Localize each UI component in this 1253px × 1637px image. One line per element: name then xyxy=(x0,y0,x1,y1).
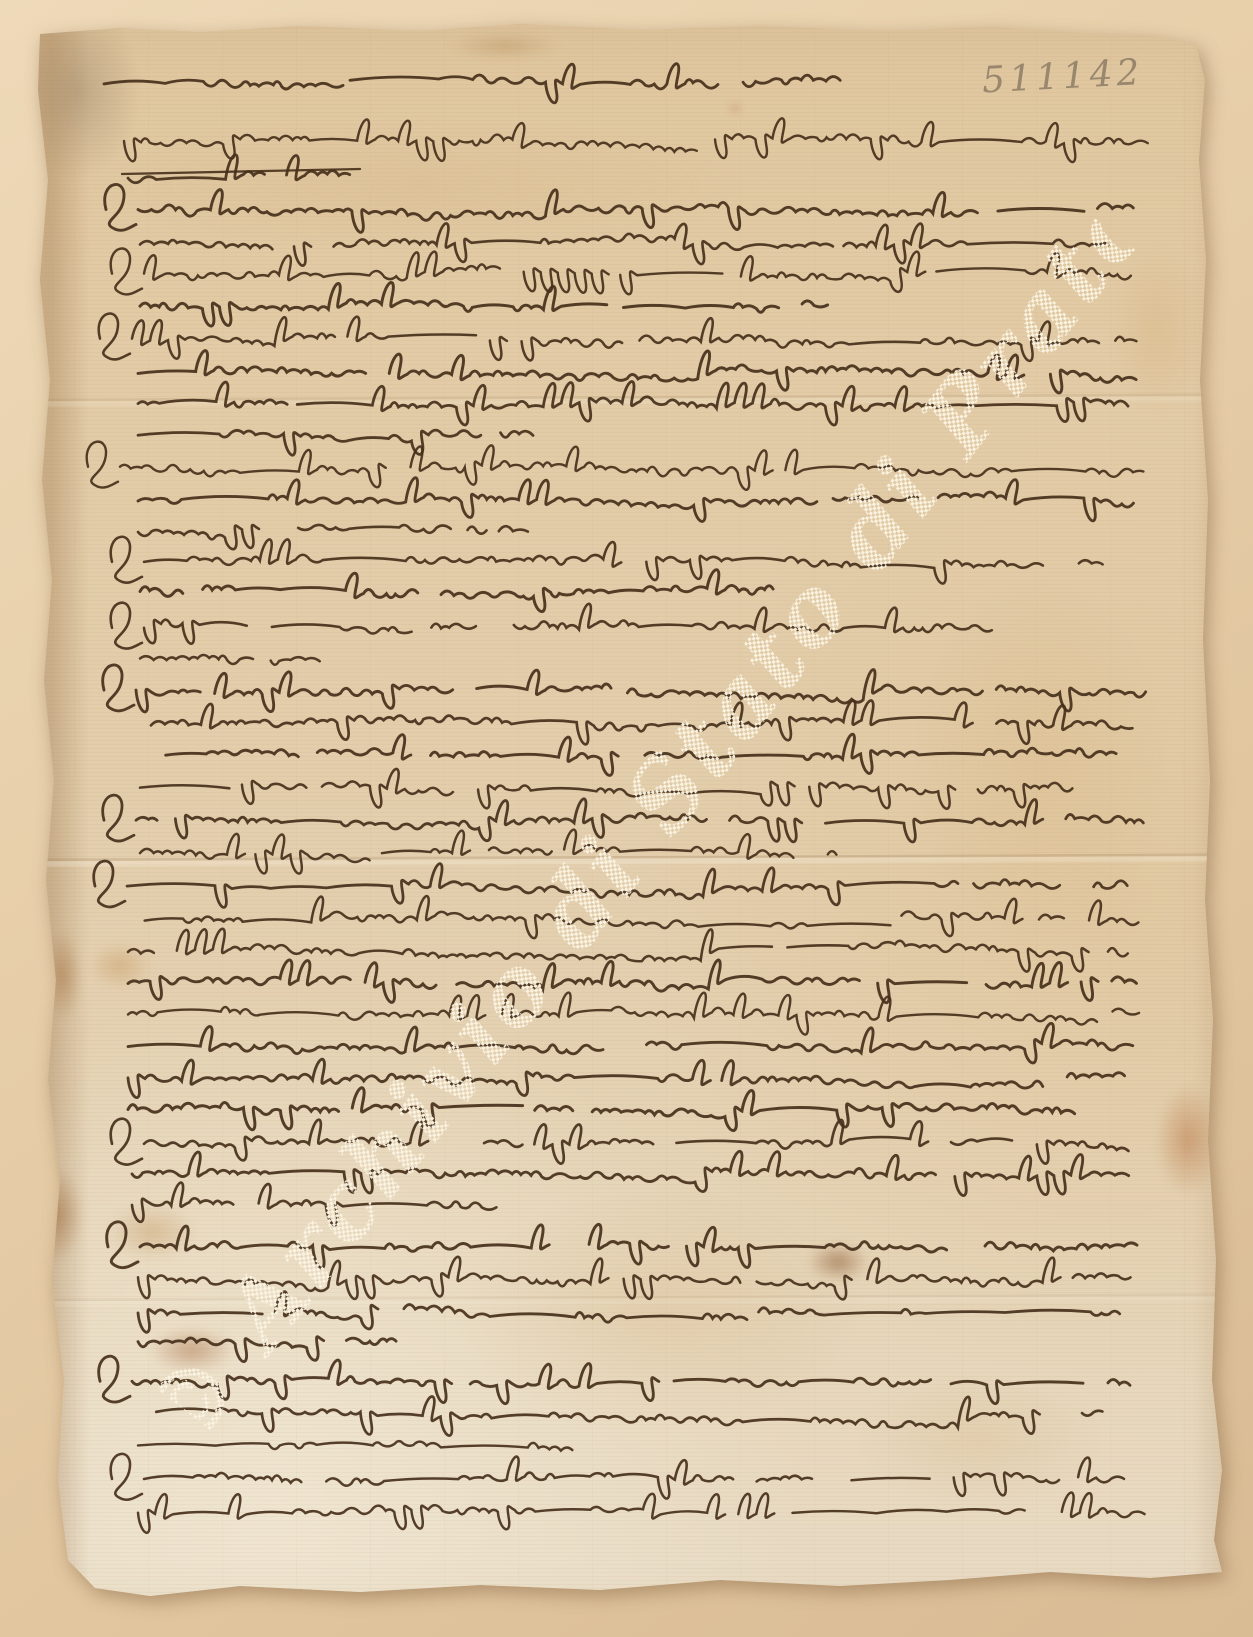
manuscript-text-line xyxy=(138,1257,1130,1300)
manuscript-text-line xyxy=(128,1088,1075,1131)
paper-stain xyxy=(731,103,739,113)
manuscript-text-line xyxy=(103,665,1146,712)
paper-stain xyxy=(820,1355,1140,1525)
manuscript-text-line xyxy=(145,896,1139,938)
manuscript-text-line xyxy=(138,430,533,455)
manuscript-text-line xyxy=(140,655,320,665)
manuscript-text-line xyxy=(140,282,828,326)
manuscript-text-line xyxy=(138,1292,1120,1333)
manuscript-text-line xyxy=(128,1059,1125,1097)
manuscript-text-line xyxy=(156,1396,1102,1435)
paper-shadow-wrap: 511142 xyxy=(0,0,1253,1637)
paper-stain xyxy=(36,917,88,1033)
manuscript-text-line xyxy=(140,223,1108,265)
manuscript-text-line xyxy=(128,1023,1133,1063)
manuscript-text-line xyxy=(128,993,1139,1035)
manuscript-text-line xyxy=(99,314,1137,361)
manuscript-text-line xyxy=(132,1183,496,1226)
paper-stain xyxy=(94,1194,210,1270)
paper-stain xyxy=(798,1236,878,1288)
manuscript-text-line xyxy=(124,118,1148,162)
archival-number-pencil: 511142 xyxy=(981,52,1153,102)
paper-stain xyxy=(1098,220,1218,440)
manuscript-text-line xyxy=(94,861,1128,907)
handwriting-ink xyxy=(0,0,1253,1637)
strikethrough-stroke xyxy=(122,169,360,174)
fold-crease xyxy=(40,393,1219,407)
paper-stain xyxy=(435,28,575,64)
manuscript-text-line xyxy=(140,769,1072,809)
manuscript-text-line xyxy=(138,351,1136,393)
manuscript-text-line xyxy=(138,1337,396,1362)
manuscript-text-line xyxy=(138,478,1133,522)
paper-stain xyxy=(0,105,840,265)
paper-stain xyxy=(80,936,160,996)
manuscript-text-line xyxy=(138,1493,1145,1533)
manuscript-text-line xyxy=(128,155,350,183)
paper-stain xyxy=(20,1153,92,1277)
manuscript-text-line xyxy=(99,1356,1130,1403)
manuscript-text-line xyxy=(138,525,528,549)
manuscript-text-line xyxy=(128,929,1128,972)
paper-stain xyxy=(880,530,1200,990)
manuscript-page: 511142 xyxy=(0,0,1253,1637)
manuscript-text-line xyxy=(138,381,1128,425)
manuscript-text-line xyxy=(103,795,1144,842)
scan-background: 511142 © Archivio di Stato di Prato xyxy=(0,0,1253,1637)
paper-stain xyxy=(1146,1068,1230,1212)
manuscript-text-line xyxy=(138,1441,572,1451)
manuscript-text-line xyxy=(107,1222,1137,1268)
manuscript-text-line xyxy=(140,570,773,612)
manuscript-text-line xyxy=(111,603,992,649)
paper-stain xyxy=(136,1320,248,1380)
paper-stain xyxy=(400,1160,920,1460)
manuscript-text-line xyxy=(111,537,1103,584)
manuscript-text-line xyxy=(111,1454,1124,1500)
manuscript-text-line xyxy=(111,1119,1129,1165)
manuscript-text-line xyxy=(151,700,1132,744)
manuscript-text-line xyxy=(87,442,1144,490)
manuscript-text-line xyxy=(105,184,1134,232)
manuscript-text-line xyxy=(132,1151,1129,1195)
fold-crease xyxy=(40,1293,1219,1307)
manuscript-text-line xyxy=(128,960,1136,1003)
manuscript-text-line xyxy=(140,830,836,874)
manuscript-text-line xyxy=(104,64,840,103)
fold-crease xyxy=(40,853,1219,867)
manuscript-text-line xyxy=(111,249,1131,295)
manuscript-text-line xyxy=(166,734,1116,775)
